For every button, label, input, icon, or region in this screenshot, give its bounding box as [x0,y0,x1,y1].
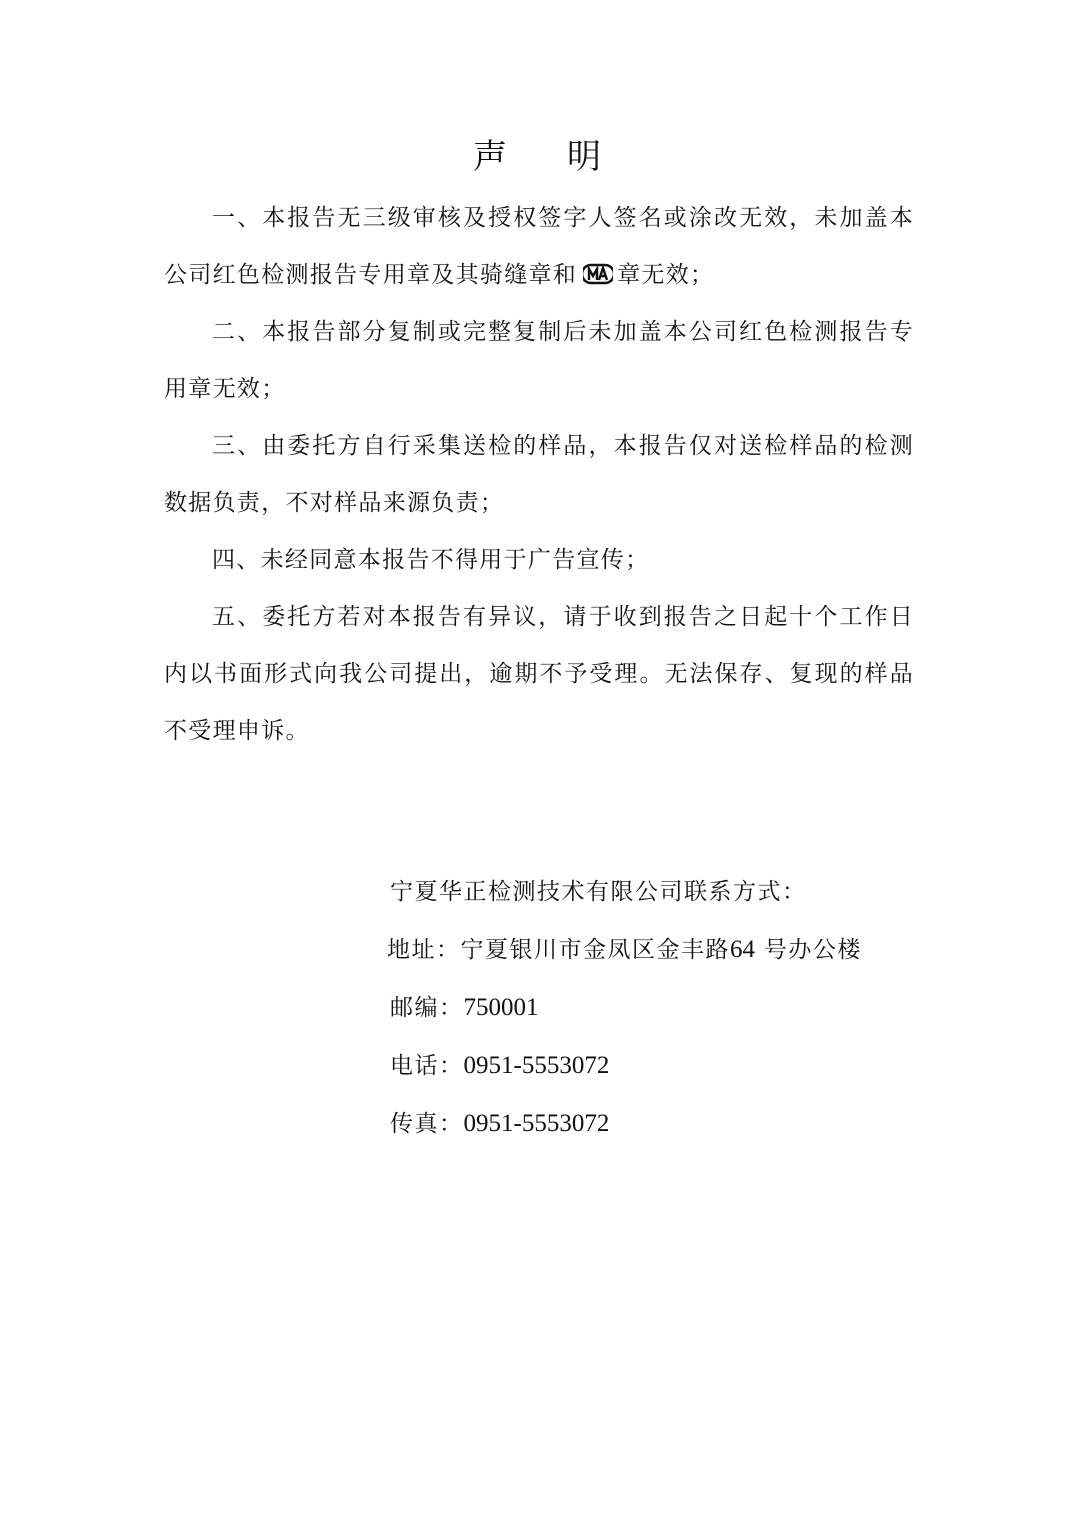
clause-2: 二、本报告部分复制或完整复制后未加盖本公司红色检测报告专用章无效； [164,304,914,418]
contact-info: 宁夏华正检测技术有限公司联系方式： 地址：宁夏银川市金凤区金丰路64 号办公楼 … [390,864,950,1153]
address-label: 地址： [387,937,461,963]
declaration-clauses: 一、本报告无三级审核及授权签字人签名或涂改无效，未加盖本公司红色检测报告专用章及… [164,190,914,760]
address-value-post: 号办公楼 [764,937,862,963]
phone-label: 电话： [390,1053,464,1079]
clause-1-text-after-mark: 章无效； [617,262,714,288]
phone-value: 0951-5553072 [464,1052,610,1079]
fax-value: 0951-5553072 [464,1110,610,1137]
clause-1: 一、本报告无三级审核及授权签字人签名或涂改无效，未加盖本公司红色检测报告专用章及… [164,190,914,304]
cma-certification-icon [583,263,613,285]
clause-5: 五、委托方若对本报告有异议，请于收到报告之日起十个工作日内以书面形式向我公司提出… [164,589,914,760]
contact-address: 地址：宁夏银川市金凤区金丰路64 号办公楼 [387,921,950,979]
address-number: 64 [730,936,755,963]
clause-3: 三、由委托方自行采集送检的样品，本报告仅对送检样品的检测数据负责，不对样品来源负… [164,418,914,532]
postcode-value: 750001 [464,994,539,1021]
fax-label: 传真： [390,1111,464,1137]
contact-phone: 电话：0951-5553072 [390,1037,950,1095]
address-value-pre: 宁夏银川市金凤区金丰路 [461,937,731,963]
clause-1-text: 一、本报告无三级审核及授权签字人签名或涂改无效，未加盖本公司红色检测报告专用章及… [164,205,914,288]
clause-4: 四、未经同意本报告不得用于广告宣传； [164,532,914,589]
contact-postcode: 邮编：750001 [390,979,950,1037]
contact-heading: 宁夏华正检测技术有限公司联系方式： [390,864,950,921]
contact-fax: 传真：0951-5553072 [390,1095,950,1153]
postcode-label: 邮编： [390,995,464,1021]
page-title: 声明 [0,132,1074,182]
